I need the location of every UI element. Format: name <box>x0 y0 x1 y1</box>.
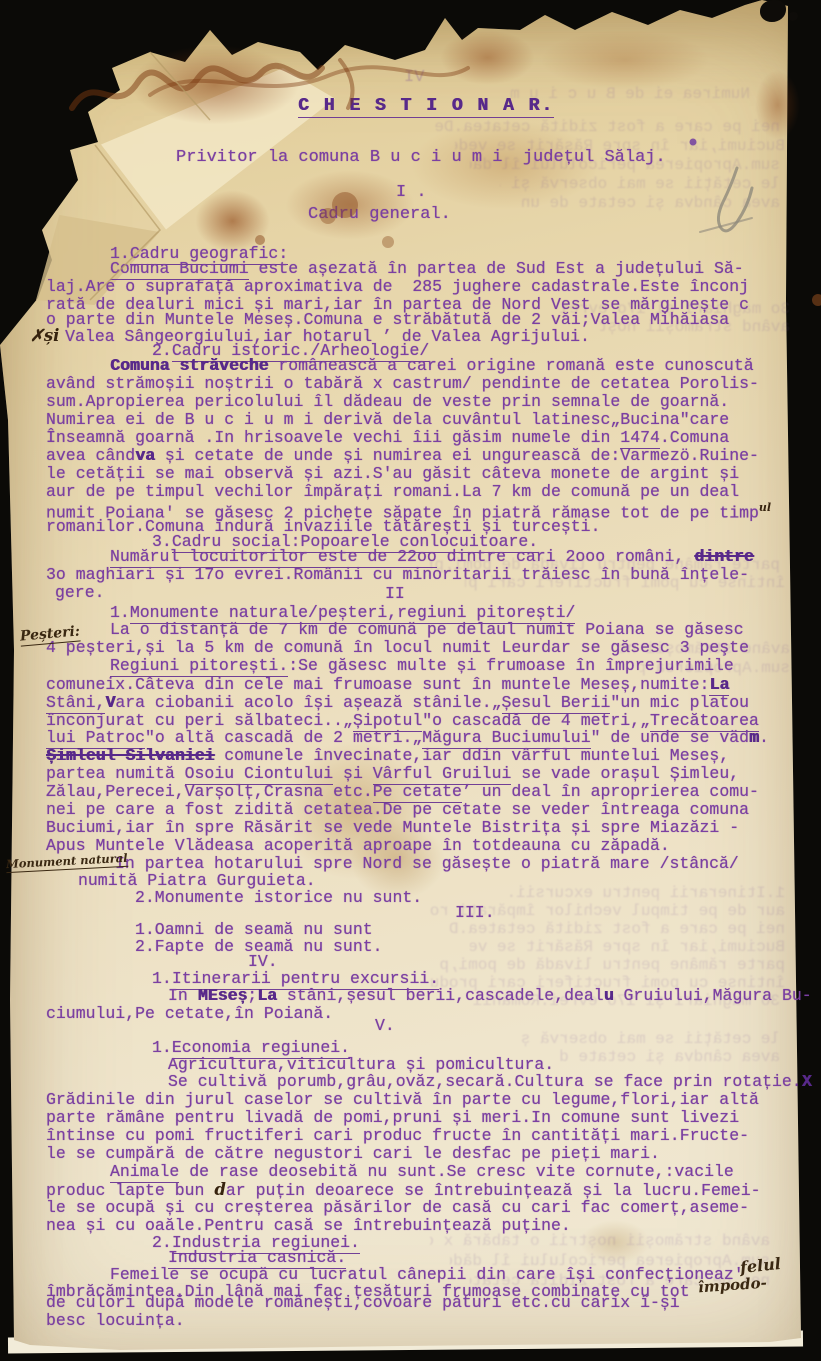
ink-scrawl <box>72 60 468 108</box>
annotation-overlay <box>0 0 821 1361</box>
pencil-mark <box>700 168 752 232</box>
scan-background: IV C H E S T I O N A R.Privitor la comun… <box>0 0 821 1361</box>
scanned-document-page: { "meta": { "document_type": "typewritte… <box>0 0 821 1361</box>
tear-creases <box>90 52 210 300</box>
